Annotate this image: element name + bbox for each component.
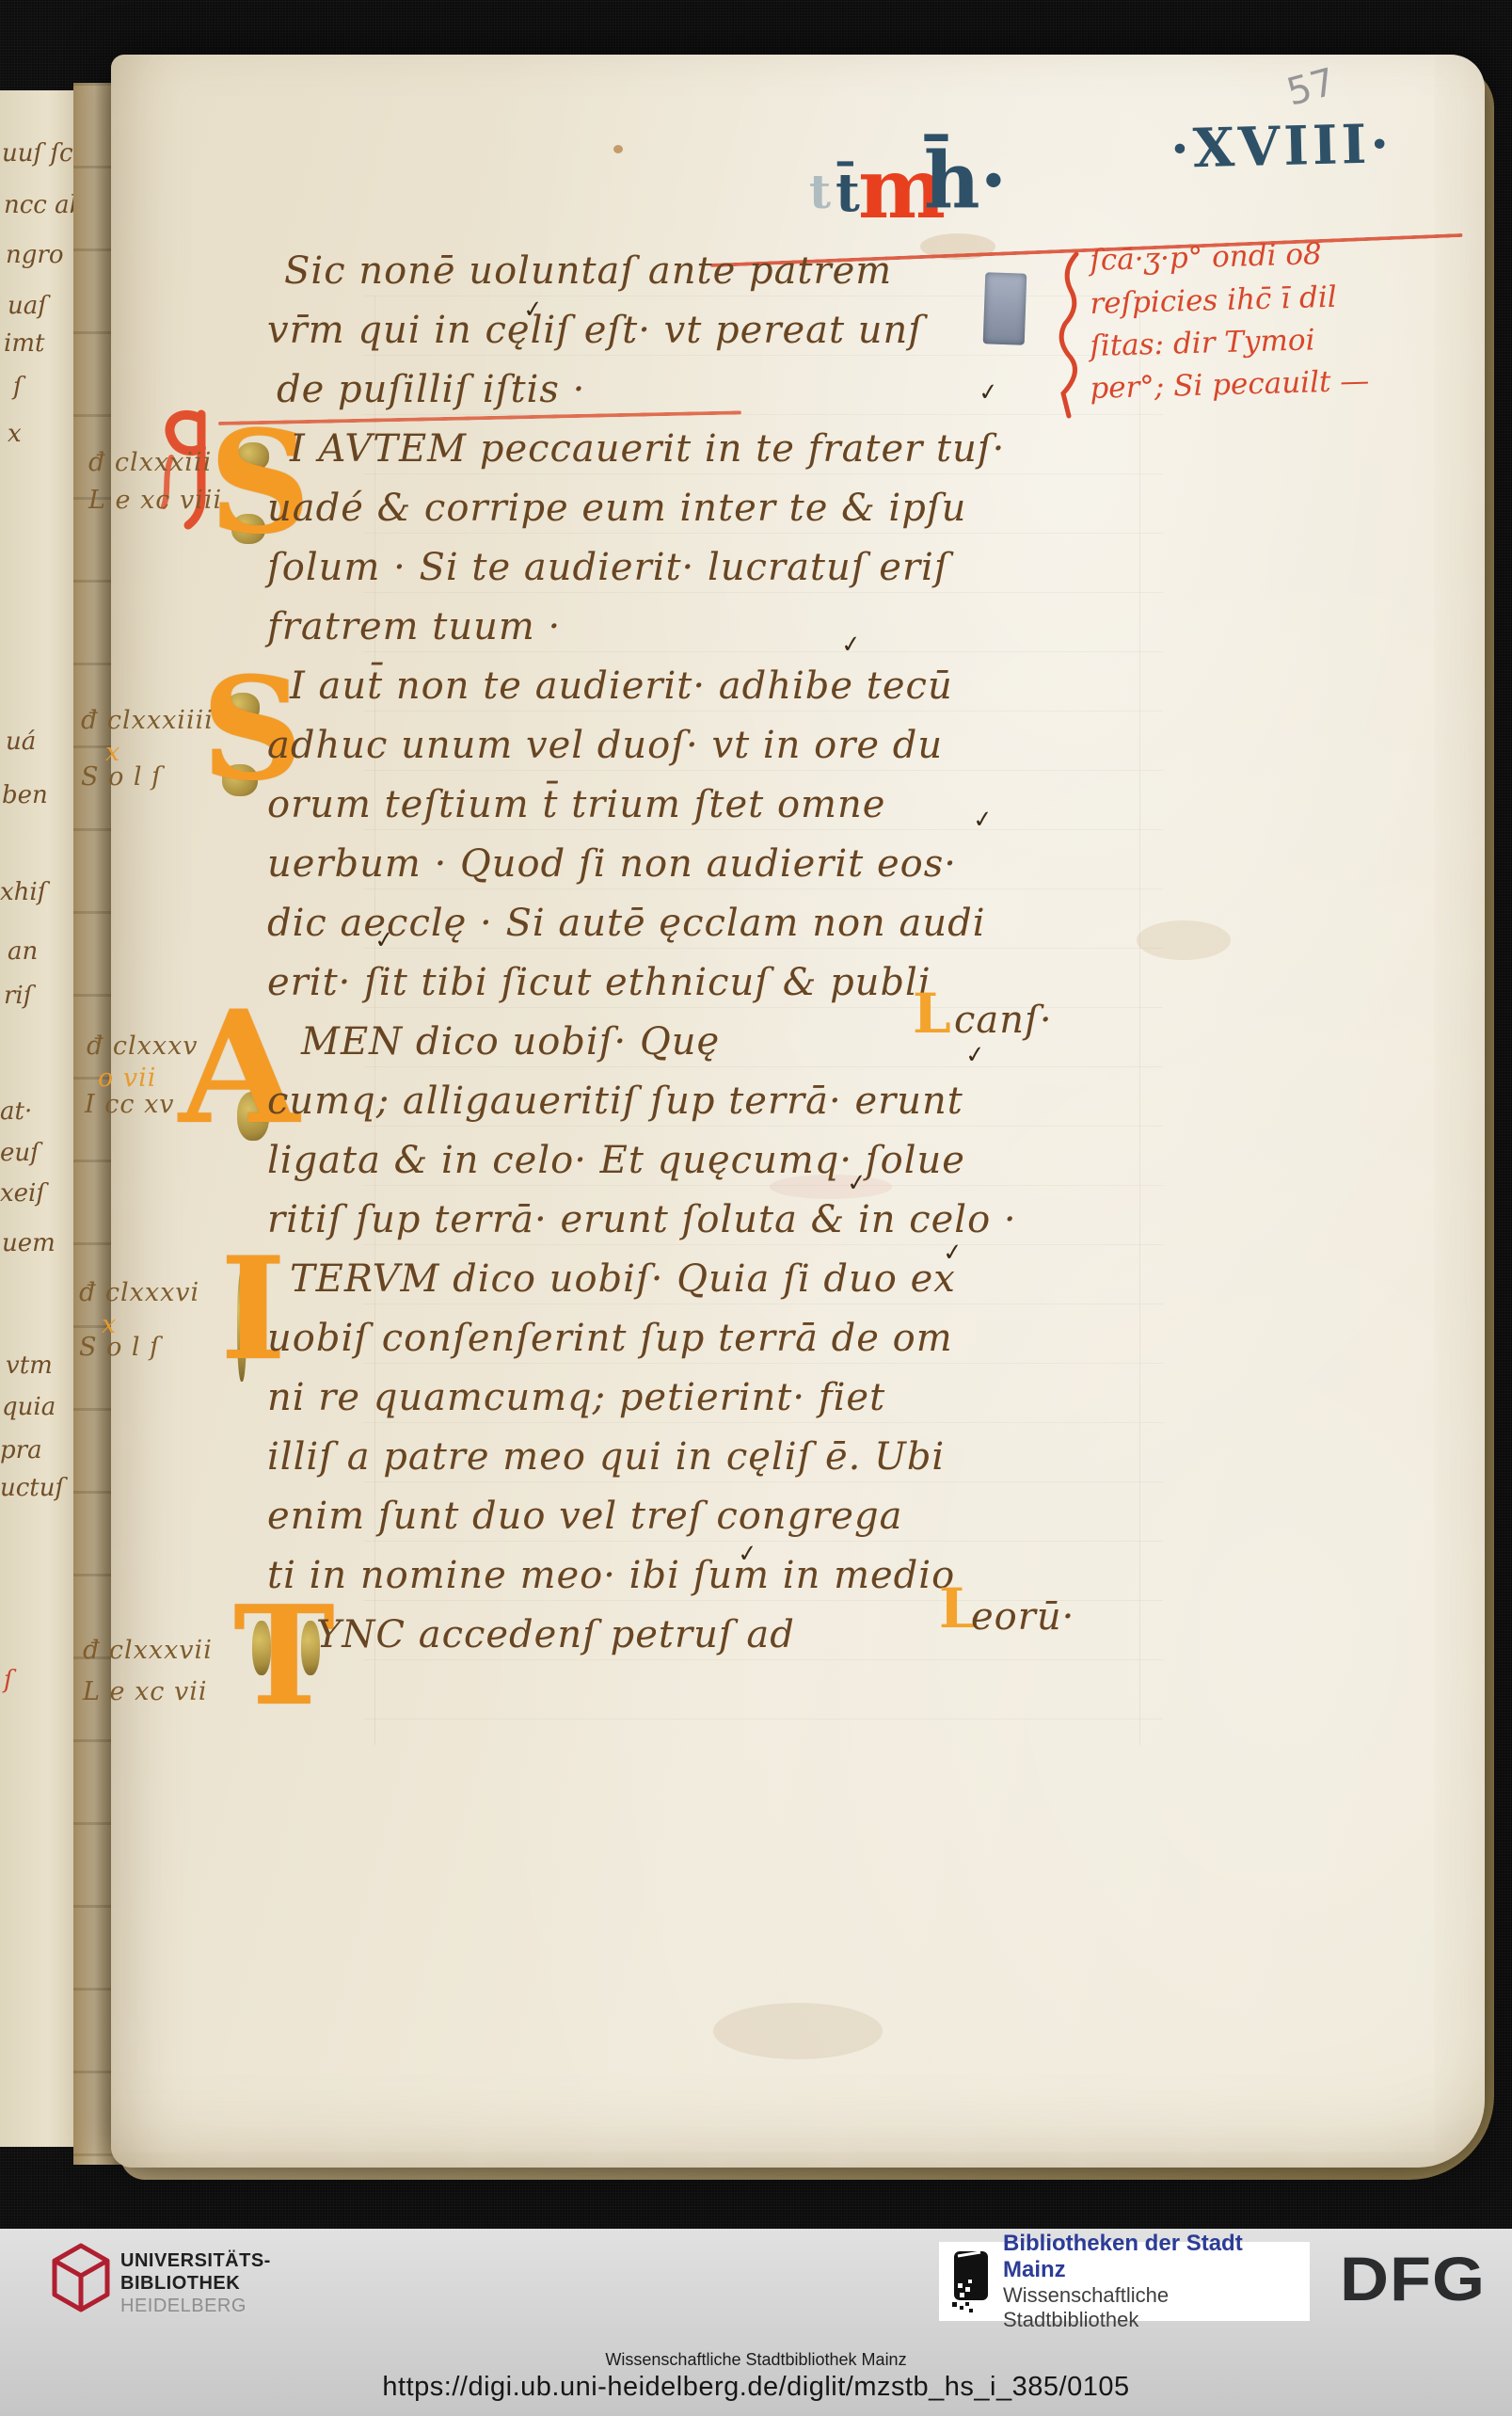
verso-text-fragment: ngro (6, 243, 63, 267)
gloss-line: reſpicies ihc̄ ī dil (1090, 283, 1337, 319)
mainz-name-line1: Bibliotheken der Stadt Mainz (1003, 2231, 1310, 2283)
manuscript-text-line: ni re quamcumq; petierint· fiet (267, 1379, 885, 1416)
verso-text-fragment: ben (2, 783, 48, 808)
manuscript-text-line: uobiſ conſenſerint ſup terrā de om (267, 1320, 953, 1357)
gloss-line: ſcā·ʒ·p° ondi o8 (1090, 240, 1322, 276)
stain (713, 2003, 883, 2059)
manuscript-text-line: fratrem tuum · (267, 608, 561, 646)
verso-text-fragment: uaſ (8, 294, 47, 318)
manuscript-text-line: cumq; alligaueritiſ ſup terrā· erunt (267, 1082, 963, 1120)
gloss-line: per°; Si pecauilt — (1090, 367, 1370, 404)
verso-text-fragment: uctuſ (0, 1476, 64, 1500)
corrector-tick: ✓ (978, 379, 999, 405)
gloss-brace (1054, 250, 1084, 420)
manuscript-scan-photograph: uuſ ſcanncc abngrouaſimtſxuábenxhiſanriſ… (0, 0, 1512, 2416)
footer-bar: UNIVERSITÄTS- BIBLIOTHEK HEIDELBERG Bibl… (0, 2229, 1512, 2416)
margin-note-line: o vii (98, 1065, 156, 1091)
mainz-book-icon (948, 2249, 992, 2313)
gloss-line: ſitas: dir Tymoi (1090, 326, 1315, 361)
heidelberg-logo-text: UNIVERSITÄTS- BIBLIOTHEK HEIDELBERG (120, 2249, 271, 2317)
mainz-logo-text: Bibliotheken der Stadt Mainz Wissenschaf… (1003, 2231, 1310, 2332)
manuscript-text-line: TERVM dico uobiſ· Quia ſi duo ex (290, 1260, 956, 1298)
manuscript-text-line: I AVTEM peccauerit in te frater tuſ· (290, 430, 1005, 468)
corrector-tick: ✓ (840, 632, 862, 657)
manuscript-text-line: orum teſtium t̄ trium ſtet omne (267, 786, 885, 824)
pencil-folio-number: 57 (1282, 60, 1340, 115)
stain (613, 145, 623, 153)
manuscript-text-line: erit· ſit tibi ſicut ethnicuſ & publi (267, 964, 931, 1001)
heidelberg-university-library-logo (49, 2240, 113, 2323)
manuscript-text-line: enim ſunt duo vel treſ congrega (267, 1497, 902, 1535)
margin-note-line: đ clxxxvii (83, 1638, 213, 1663)
margin-note-line: I cc xv (85, 1092, 175, 1117)
manuscript-text-line: vr̄m qui in cęliſ eſt· vt pereat unſ (267, 312, 923, 349)
manuscript-text-line: MEN dico uobiſ· Quę (301, 1023, 720, 1061)
manuscript-text-line: adhuc unum vel duoſ· vt in ore du (267, 727, 943, 764)
catchword-segment: canſ· (954, 1001, 1053, 1039)
verso-text-fragment: vtm (6, 1353, 53, 1378)
corrector-tick: ✓ (374, 927, 395, 952)
chapter-number: ·XVIII· (1170, 112, 1393, 181)
guide-letter-L: L (913, 986, 951, 1041)
verso-red-fragment: ſ (4, 1668, 13, 1692)
facing-page-edge: uuſ ſcanncc abngrouaſimtſxuábenxhiſanriſ… (0, 90, 79, 2147)
decorated-initial-T: T (233, 1589, 335, 1725)
corrector-tick: ✓ (964, 1042, 986, 1067)
verso-text-fragment: quia (2, 1395, 56, 1419)
heidelberg-name-line3: HEIDELBERG (120, 2295, 271, 2317)
verso-text-fragment: imt (4, 331, 44, 356)
manuscript-text-line: I aut̄ non te audierit· adhibe tecū (290, 667, 953, 705)
mainz-library-logo-box: Bibliotheken der Stadt Mainz Wissenschaf… (939, 2242, 1310, 2321)
margin-note-line: đ clxxxvi (79, 1280, 199, 1305)
header-monogram-ornament: t t̄ m h̄· (809, 115, 997, 237)
corrector-tick: ✓ (846, 1170, 867, 1195)
catchword-segment: eorū· (971, 1598, 1074, 1636)
verso-text-fragment: xhiſ (0, 880, 46, 904)
mainz-name-line2: Wissenschaftliche Stadtbibliothek (1003, 2283, 1310, 2332)
verso-text-fragment: an (8, 939, 38, 964)
dfg-logo: DFG (1340, 2244, 1486, 2314)
verso-text-fragment: at· (0, 1099, 32, 1124)
margin-note-line: S o l ſ (79, 1335, 160, 1360)
ornament-blue-t: t̄ (836, 162, 860, 224)
margin-note-line: x (105, 740, 120, 765)
manuscript-page: t t̄ m h̄· ·XVIII· 57 ſcā·ʒ·p° ondi o8re… (111, 55, 1485, 2168)
source-url: https://digi.ub.uni-heidelberg.de/diglit… (0, 2372, 1512, 2403)
margin-note-line: đ clxxxv (87, 1033, 199, 1059)
verso-text-fragment: xeiſ (0, 1181, 45, 1206)
verso-text-fragment: x (8, 422, 22, 446)
manuscript-text-line: illiſ a patre meo qui in cęliſ ē. Ubi (267, 1438, 945, 1476)
margin-note-line: L e xc vii (83, 1679, 208, 1704)
manuscript-text-line: uadé & corripe eum inter te & ipſu (267, 489, 966, 527)
ornament-blue-h: h̄· (924, 136, 1007, 226)
corrector-tick: ✓ (737, 1541, 758, 1566)
heidelberg-name-line2: BIBLIOTHEK (120, 2272, 271, 2295)
margin-note-line: S o l ſ (81, 764, 162, 790)
verso-text-fragment: uá (6, 729, 36, 754)
margin-note-line: đ clxxxiiii (81, 708, 214, 733)
corrector-tick: ✓ (972, 807, 994, 832)
manuscript-text-line: ritiſ ſup terrā· erunt ſoluta & in celo … (267, 1201, 1017, 1239)
manuscript-text-line: ſolum · Si te audierit· lucratuſ eriſ (267, 549, 949, 586)
margin-note-line: đ clxxxiii (88, 450, 212, 475)
manuscript-text-line: de puſilliſ iſtis · (277, 371, 585, 408)
verso-text-fragment: pra (0, 1438, 42, 1463)
corrector-tick: ✓ (522, 296, 544, 322)
ornament-ghost-stroke: t (809, 164, 831, 219)
manuscript-text-line: uerbum · Quod ſi non audierit eos· (267, 845, 957, 883)
manuscript-text-line: Sic nonē uoluntaſ ante patrem (284, 252, 892, 290)
source-caption: Wissenschaftliche Stadtbibliothek Mainz (0, 2350, 1512, 2370)
corrector-tick: ✓ (942, 1240, 963, 1265)
heidelberg-name-line1: UNIVERSITÄTS- (120, 2249, 271, 2272)
verso-text-fragment: euſ (0, 1141, 40, 1165)
verso-text-fragment: ſ (13, 375, 23, 399)
manuscript-text-line: YNC accedenſ petruſ ad (316, 1616, 795, 1654)
parchment-repair-tab (983, 272, 1027, 344)
manuscript-text-line: ti in nomine meo· ibi ſum in medio (267, 1557, 955, 1594)
verso-text-fragment: uem (2, 1231, 56, 1256)
margin-note-line: L e xc viii (88, 488, 222, 513)
verso-text-fragment: riſ (4, 984, 32, 1008)
